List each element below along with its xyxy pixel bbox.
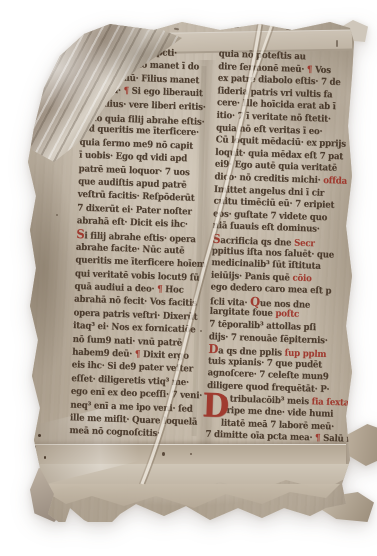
manuscript-leaf: nū· ſeruus eſt • pcti·Seruus aūt nō mane… bbox=[24, 16, 356, 522]
ink-text: Si ego liberauit bbox=[129, 86, 203, 99]
ink-text: dire ſermonē meū· bbox=[218, 61, 307, 75]
ink-speck bbox=[190, 453, 192, 455]
text-block: nū· ſeruus eſt • pcti·Seruus aūt nō mane… bbox=[69, 44, 361, 447]
parchment: nū· ſeruus eſt • pcti·Seruus aūt nō mane… bbox=[24, 16, 356, 522]
rubric-text: offda bbox=[323, 175, 347, 186]
ink-text: Dixit ergo bbox=[140, 349, 189, 361]
ink-text: ieiūijs· Panis quē bbox=[211, 270, 293, 283]
rubric-capital: D bbox=[208, 342, 218, 357]
illuminated-initial: D bbox=[202, 389, 230, 423]
ink-text: e tribulacōib³ meis bbox=[221, 393, 311, 407]
ink-text: Hoc bbox=[162, 285, 184, 296]
rubric-text: fia ſexta bbox=[311, 396, 349, 408]
ink-text: Vos bbox=[312, 64, 331, 75]
photo-canvas: nū· ſeruus eſt • pcti·Seruus aūt nō mane… bbox=[0, 0, 377, 556]
text-column-right: quia nō poteſtis audire ſermonē meū· ¶ V… bbox=[205, 49, 361, 448]
ink-text: meā nō cognoſcitis· bbox=[69, 426, 160, 440]
pen-mark-top-right bbox=[336, 40, 338, 47]
rubric-text: cōio bbox=[292, 273, 312, 284]
ink-speck bbox=[38, 434, 41, 437]
ink-speck bbox=[200, 330, 202, 332]
ink-text: quia nō poteſtis au bbox=[219, 49, 306, 63]
ink-text: largitate foue bbox=[210, 307, 276, 320]
ink-text: habem9 deū· bbox=[72, 347, 135, 360]
ink-speck bbox=[56, 214, 58, 216]
stain bbox=[14, 156, 74, 376]
ink-speck bbox=[162, 452, 165, 456]
ink-speck bbox=[34, 446, 36, 448]
rubric-text: poſtc bbox=[275, 309, 299, 320]
ink-speck bbox=[44, 456, 46, 459]
rubric-capital: Q bbox=[250, 294, 260, 309]
ink-text: quā audiui a deo· bbox=[74, 281, 157, 294]
